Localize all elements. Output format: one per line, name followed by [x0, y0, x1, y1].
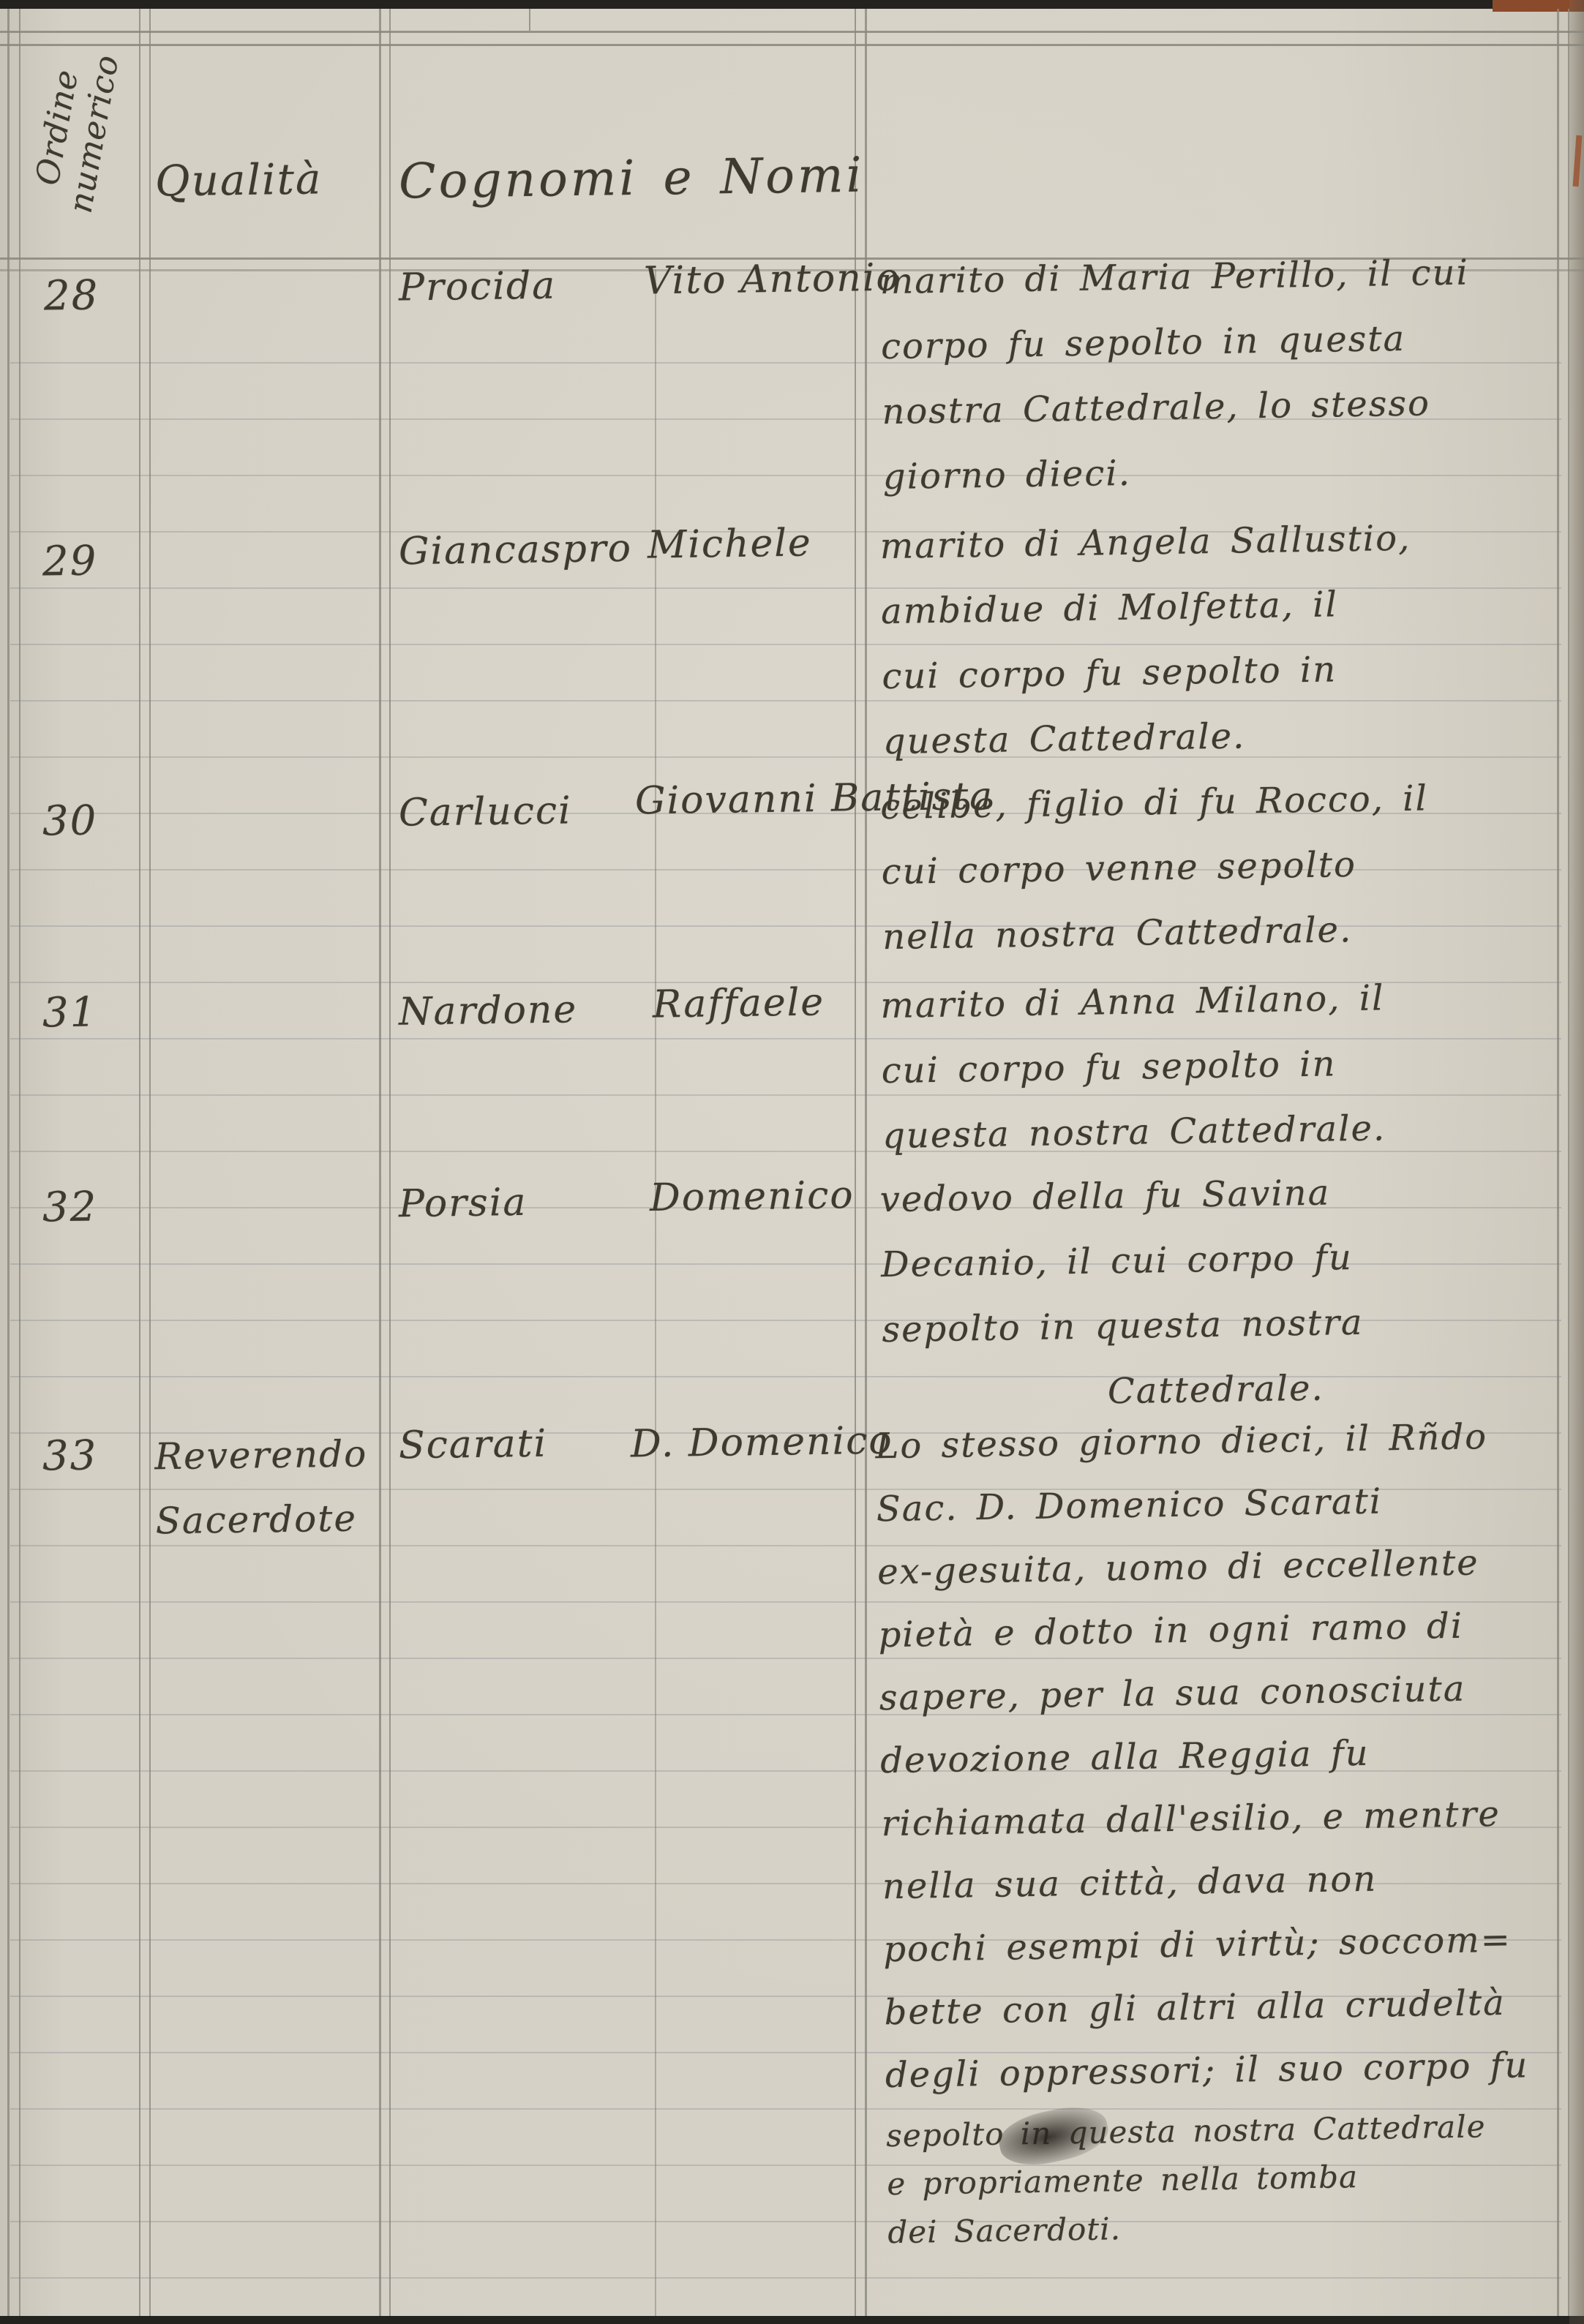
row-28-number: 28 — [44, 271, 100, 320]
row-29-number: 29 — [42, 537, 98, 585]
row-30-note-line-2: cui corpo venne sepolto — [881, 841, 1547, 917]
row-31-note-line-3: questa nostra Cattedrale. — [882, 1105, 1549, 1181]
row-29-given-name: Michele — [648, 521, 812, 567]
row-33-note-line-7: richiamata dall'esilio, e mentre — [881, 1793, 1555, 1866]
column-header-ordine-numerico: Ordine numerico — [23, 34, 128, 228]
row-32-number: 32 — [42, 1183, 98, 1231]
row-33-note-line-10: bette con gli altri alla crudeltà — [884, 1982, 1558, 2055]
row-31-note-line-2: cui corpo fu sepolto in — [881, 1040, 1547, 1116]
row-32-given-name: Domenico — [650, 1173, 855, 1220]
row-33-note-line-9: pochi esempi di virtù; soccom= — [883, 1919, 1557, 1992]
row-33-note: Lo stesso giorno dieci, il Rñdo Sac. D. … — [875, 1415, 1561, 2263]
row-28-note-line-4: giorno dieci. — [882, 446, 1549, 522]
row-32-note-line-1: vedovo della fu Savina — [879, 1169, 1546, 1244]
row-33-note-line-6: devozione alla Reggia fu — [880, 1730, 1554, 1803]
row-31-given-name: Raffaele — [653, 980, 825, 1026]
row-31-note: marito di Anna Milano, il cui corpo fu s… — [880, 975, 1549, 1181]
register-page: Ordine numerico Qualità Cognomi e Nomi 2… — [0, 0, 1584, 2324]
column-header-cognomi-e-nomi: Cognomi e Nomi — [398, 147, 865, 210]
row-31-number: 31 — [42, 988, 98, 1037]
row-33-note-line-5: sapere, per la sua conosciuta — [879, 1667, 1553, 1740]
row-33-surname: Scarati — [399, 1422, 548, 1468]
row-32-note-line-2: Decanio, il cui corpo fu — [881, 1234, 1547, 1309]
row-29-note: marito di Angela Sallustio, ambidue di M… — [879, 516, 1549, 786]
row-29-surname: Giancaspro — [399, 527, 633, 574]
row-29-note-line-2: ambidue di Molfetta, il — [881, 581, 1547, 656]
row-33-number: 33 — [42, 1432, 98, 1480]
row-33-given-name: D. Domenico — [631, 1419, 893, 1467]
row-30-note-line-1: celibe, figlio di fu Rocco, il — [880, 776, 1547, 851]
row-28-note-line-2: corpo fu sepolto in questa — [881, 316, 1547, 391]
row-33-qualita: Reverendo Sacerdote — [154, 1421, 405, 1554]
row-30-note: celibe, figlio di fu Rocco, il cui corpo… — [880, 776, 1549, 982]
row-30-note-line-3: nella nostra Cattedrale. — [882, 906, 1549, 982]
row-32-surname: Porsia — [399, 1181, 528, 1226]
row-33-note-line-4: pietà e dotto in ogni ramo di — [878, 1604, 1552, 1677]
column-header-qualita: Qualità — [155, 154, 323, 206]
row-29-note-line-1: marito di Angela Sallustio, — [879, 516, 1546, 591]
top-stub-rule — [529, 9, 530, 31]
row-31-note-line-1: marito di Anna Milano, il — [880, 975, 1547, 1050]
photo-top-band — [0, 0, 1584, 9]
row-33-note-line-1: Lo stesso giorno dieci, il Rñdo — [875, 1415, 1549, 1489]
row-31-surname: Nardone — [399, 988, 578, 1034]
row-33-note-line-8: nella sua città, dava non — [882, 1856, 1556, 1929]
row-33-note-line-2: Sac. D. Domenico Scarati — [876, 1478, 1550, 1552]
row-28-note-line-3: nostra Cattedrale, lo stesso — [882, 381, 1548, 456]
row-32-note-line-3: sepolto in questa nostra — [882, 1299, 1548, 1375]
row-32-note: vedovo della fu Savina Decanio, il cui c… — [879, 1169, 1549, 1440]
row-33-note-line-11: degli oppressori; il suo corpo fu — [885, 2045, 1559, 2118]
page-right-edge — [1569, 0, 1584, 2324]
right-border-rule-2 — [1568, 9, 1569, 2316]
left-border-rule-1 — [7, 9, 10, 2316]
row-28-surname: Procida — [399, 264, 557, 310]
row-28-note-line-1: marito di Maria Perillo, il cui — [879, 251, 1546, 326]
row-28-note: marito di Maria Perillo, il cui corpo fu… — [879, 251, 1549, 522]
row-28-given-name: Vito Antonio — [644, 256, 901, 304]
row-30-number: 30 — [42, 797, 98, 845]
top-rule-1 — [0, 31, 1584, 33]
top-rule-2 — [0, 44, 1584, 46]
row-29-note-line-3: cui corpo fu sepolto in — [882, 646, 1548, 721]
row-30-surname: Carlucci — [399, 789, 572, 835]
row-33-note-line-3: ex-gesuita, uomo di eccellente — [877, 1541, 1551, 1614]
